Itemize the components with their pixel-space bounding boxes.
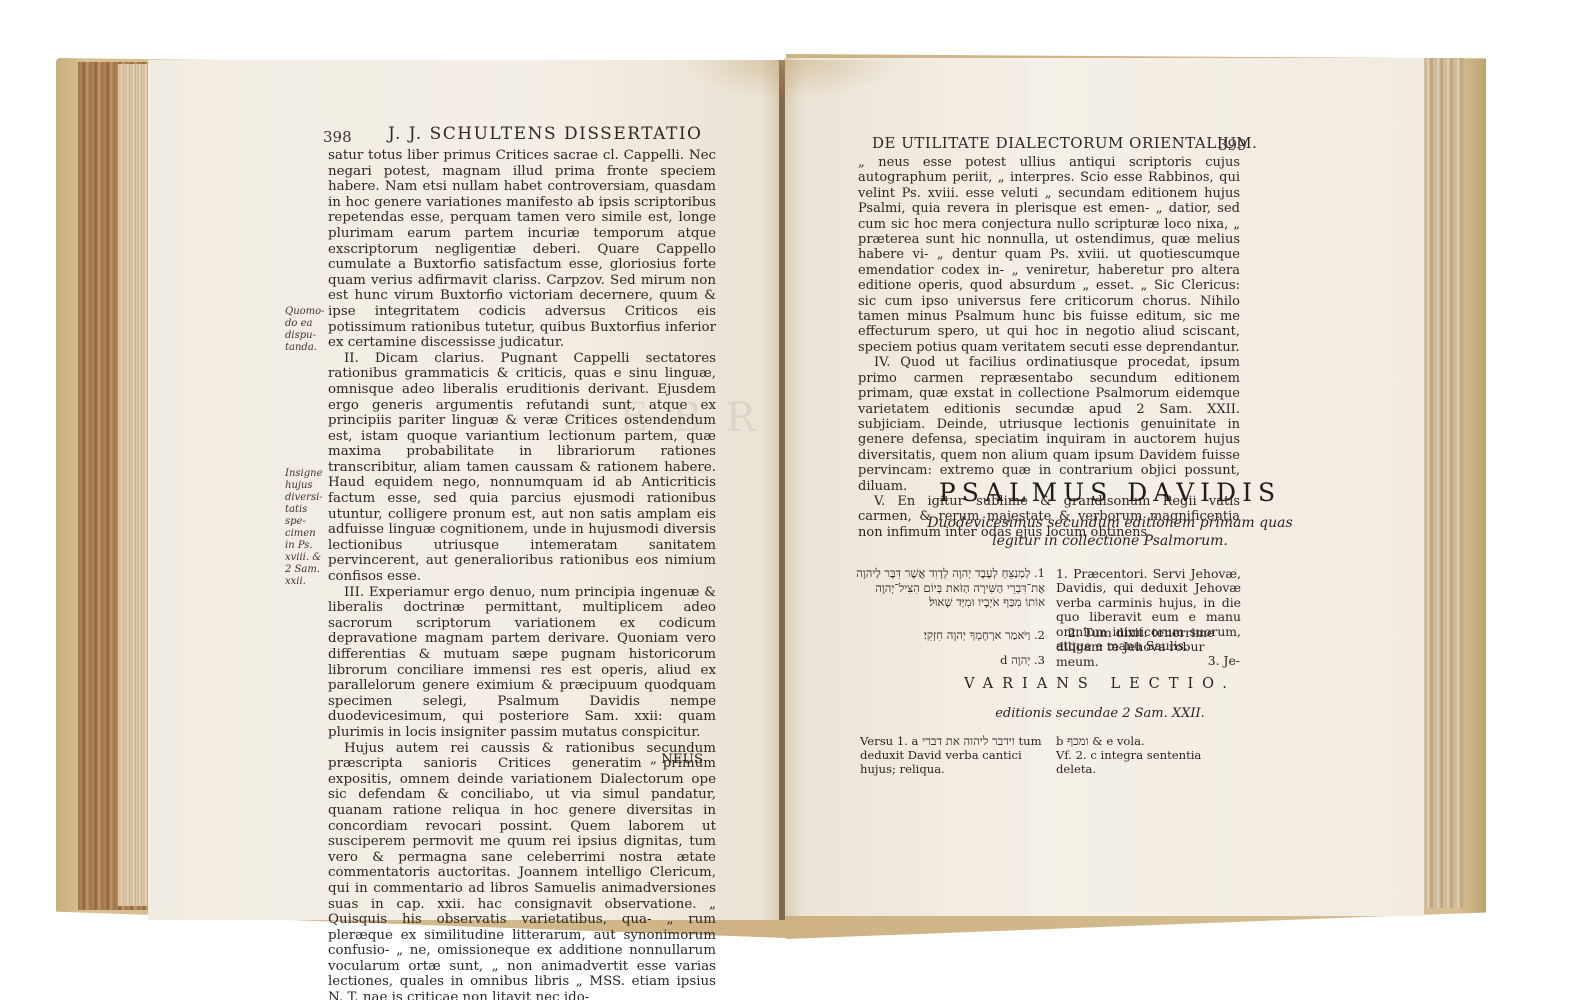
hebrew-verse-3: 3. יְהוָה d [855, 653, 1045, 668]
paragraph: II. Dicam clarius. Pugnant Cappelli sect… [328, 351, 716, 585]
page-number-left: 398 [323, 128, 352, 146]
paragraph: IV. Quod ut facilius ordinatiusque proce… [858, 355, 1240, 494]
margin-note-2: Insigne hujus diversi- tatis spe- cimen … [285, 468, 327, 588]
hebrew-text: יְהוָה d [1000, 653, 1030, 667]
paragraph: Hujus autem rei caussis & rationibus sec… [328, 741, 716, 1000]
hebrew-verse-1: 1. לַמְנַצֵּחַ לְעֶבֶד יְהוָה לְדָוִד אֲ… [855, 566, 1045, 610]
psalm-title: PSALMUS DAVIDIS [830, 478, 1390, 507]
open-book: HEBR 398 J. J. SCHULTENS DISSERTATIO Quo… [0, 0, 1571, 1000]
verse-number: 2. [1034, 628, 1045, 642]
running-head-right: DE UTILITATE DIALECTORUM ORIENTALIUM. [872, 134, 1257, 152]
right-page-edges [1424, 58, 1464, 908]
hebrew-text: וַיֹּאמַר ארְחָמְךָ יְהוָה חִזְקִי׃ [924, 628, 1030, 642]
left-page-body: satur totus liber primus Critices sacrae… [328, 148, 716, 1000]
variant-note-right-1: b ומכף & e vola. [1056, 734, 1241, 748]
latin-verse-3: 3. Je- [1200, 654, 1240, 668]
paragraph: satur totus liber primus Critices sacrae… [328, 148, 716, 351]
page-number-right: 399 [1218, 136, 1247, 154]
running-head-left: J. J. SCHULTENS DISSERTATIO [388, 124, 702, 144]
verse-number: 3. [1034, 653, 1045, 667]
subtitle-line-2: legitur in collectione Psalmorum. [860, 532, 1360, 550]
variant-note-right-2: Vf. 2. c integra sententia deleta. [1056, 748, 1241, 776]
subtitle-line-1: Duodevicesimus secundum editionem primam… [860, 514, 1360, 532]
paragraph: III. Experiamur ergo denuo, num principi… [328, 585, 716, 741]
hebrew-text: לַמְנַצֵּחַ לְעֶבֶד יְהוָה לְדָוִד אֲשֶׁ… [856, 566, 1045, 609]
left-page-edges-inner [118, 64, 148, 906]
water-stain [680, 60, 900, 100]
paragraph: „ neus esse potest ullius antiqui script… [858, 155, 1240, 355]
catchword: „ NEUS [650, 752, 720, 768]
book-gutter [779, 60, 785, 920]
hebrew-verse-2: 2. וַיֹּאמַר ארְחָמְךָ יְהוָה חִזְקִי׃ [855, 628, 1045, 643]
verse-number: 1. [1034, 566, 1045, 580]
psalm-subtitle: Duodevicesimus secundum editionem primam… [860, 514, 1360, 550]
margin-note-1: Quomo- do ea dispu- tanda. [285, 306, 325, 354]
varians-lectio-heading: VARIANS LECTIO. [900, 676, 1300, 692]
varians-lectio-subheading: editionis secundae 2 Sam. XXII. [900, 706, 1300, 721]
variant-note-left: Versu 1. a וידבר ליהוה את דברי tum dedux… [860, 734, 1046, 776]
